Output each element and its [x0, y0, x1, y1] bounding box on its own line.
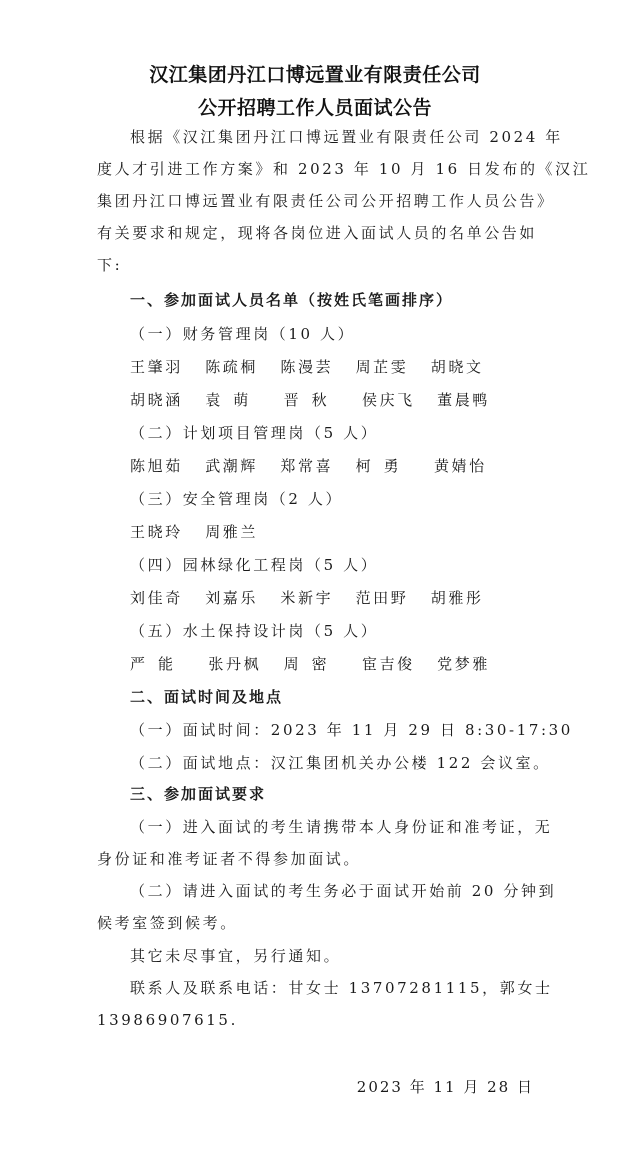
candidate-name: 王晓玲: [130, 522, 183, 542]
intro-line-2: 度人才引进工作方案》和 2023 年 10 月 16 日发布的《汉江: [97, 159, 590, 179]
group5-names-row1: 严能 张丹枫 周密 宦吉俊 党梦雅: [130, 654, 505, 674]
interview-place: （二）面试地点：汉江集团机关办公楼 122 会议室。: [130, 753, 551, 773]
candidate-name: 陈疏桐: [205, 357, 258, 377]
candidate-name: 王肇羽: [130, 357, 183, 377]
candidate-name: 柯勇: [356, 456, 412, 476]
candidate-name: 周芷雯: [356, 357, 409, 377]
intro-line-1: 根据《汉江集团丹江口博远置业有限责任公司 2024 年: [130, 127, 563, 147]
candidate-name: 刘嘉乐: [205, 588, 258, 608]
title-line-1: 汉江集团丹江口博远置业有限责任公司: [0, 60, 630, 87]
section2-heading: 二、面试时间及地点: [130, 687, 283, 707]
candidate-name: 陈旭茹: [130, 456, 183, 476]
candidate-name: 米新宇: [280, 588, 333, 608]
group1-names-row2: 胡晓涵 袁萌 晋秋 侯庆飞 董晨鸭: [130, 390, 505, 410]
candidate-name: 范田野: [356, 588, 409, 608]
candidate-name: 袁萌: [205, 390, 261, 410]
intro-line-4: 有关要求和规定，现将各岗位进入面试人员的名单公告如: [97, 223, 537, 243]
candidate-name: 胡晓文: [431, 357, 484, 377]
group2-title: （二）计划项目管理岗（5 人）: [130, 423, 378, 443]
section3-heading: 三、参加面试要求: [130, 784, 266, 804]
candidate-name: 侯庆飞: [362, 390, 415, 410]
requirement1-line1: （一）进入面试的考生请携带本人身份证和准考证，无: [130, 817, 552, 837]
group3-title: （三）安全管理岗（2 人）: [130, 489, 343, 509]
requirement2-line1: （二）请进入面试的考生务必于面试开始前 20 分钟到: [130, 881, 556, 901]
requirement1-line2: 身份证和准考证者不得参加面试。: [97, 849, 361, 869]
candidate-name: 武潮辉: [205, 456, 258, 476]
other-matters: 其它未尽事宜，另行通知。: [130, 946, 341, 966]
candidate-name: 晋秋: [284, 390, 340, 410]
candidate-name: 胡雅彤: [431, 588, 484, 608]
announcement-date: 2023 年 11 月 28 日: [357, 1076, 534, 1097]
group1-title: （一）财务管理岗（10 人）: [130, 324, 355, 344]
candidate-name: 周雅兰: [205, 522, 258, 542]
title-line-2: 公开招聘工作人员面试公告: [0, 93, 630, 120]
candidate-name: 黄婧怡: [434, 456, 487, 476]
candidate-name: 胡晓涵: [130, 390, 183, 410]
group5-title: （五）水土保持设计岗（5 人）: [130, 621, 378, 641]
contact-line1: 联系人及联系电话：甘女士 13707281115，郭女士: [130, 978, 553, 998]
interview-time: （一）面试时间：2023 年 11 月 29 日 8:30-17:30: [130, 720, 573, 740]
candidate-name: 刘佳奇: [130, 588, 183, 608]
section1-heading: 一、参加面试人员名单（按姓氏笔画排序）: [130, 290, 453, 310]
group2-names-row1: 陈旭茹 武潮辉 郑常喜 柯勇 黄婧怡: [130, 456, 502, 476]
group4-names-row1: 刘佳奇 刘嘉乐 米新宇 范田野 胡雅彤: [130, 588, 499, 608]
candidate-name: 陈漫芸: [280, 357, 333, 377]
group3-names-row1: 王晓玲 周雅兰: [130, 522, 273, 542]
candidate-name: 张丹枫: [208, 654, 261, 674]
intro-line-5: 下:: [97, 255, 122, 275]
candidate-name: 郑常喜: [280, 456, 333, 476]
candidate-name: 董晨鸭: [437, 390, 490, 410]
announcement-page: 汉江集团丹江口博远置业有限责任公司 公开招聘工作人员面试公告 根据《汉江集团丹江…: [0, 0, 630, 1161]
contact-line2: 13986907615.: [97, 1010, 238, 1030]
candidate-name: 严能: [130, 654, 186, 674]
candidate-name: 宦吉俊: [362, 654, 415, 674]
requirement2-line2: 候考室签到候考。: [97, 913, 238, 933]
group1-names-row1: 王肇羽 陈疏桐 陈漫芸 周芷雯 胡晓文: [130, 357, 499, 377]
candidate-name: 党梦雅: [437, 654, 490, 674]
intro-line-3: 集团丹江口博远置业有限责任公司公开招聘工作人员公告》: [97, 191, 555, 211]
candidate-name: 周密: [284, 654, 340, 674]
group4-title: （四）园林绿化工程岗（5 人）: [130, 555, 378, 575]
